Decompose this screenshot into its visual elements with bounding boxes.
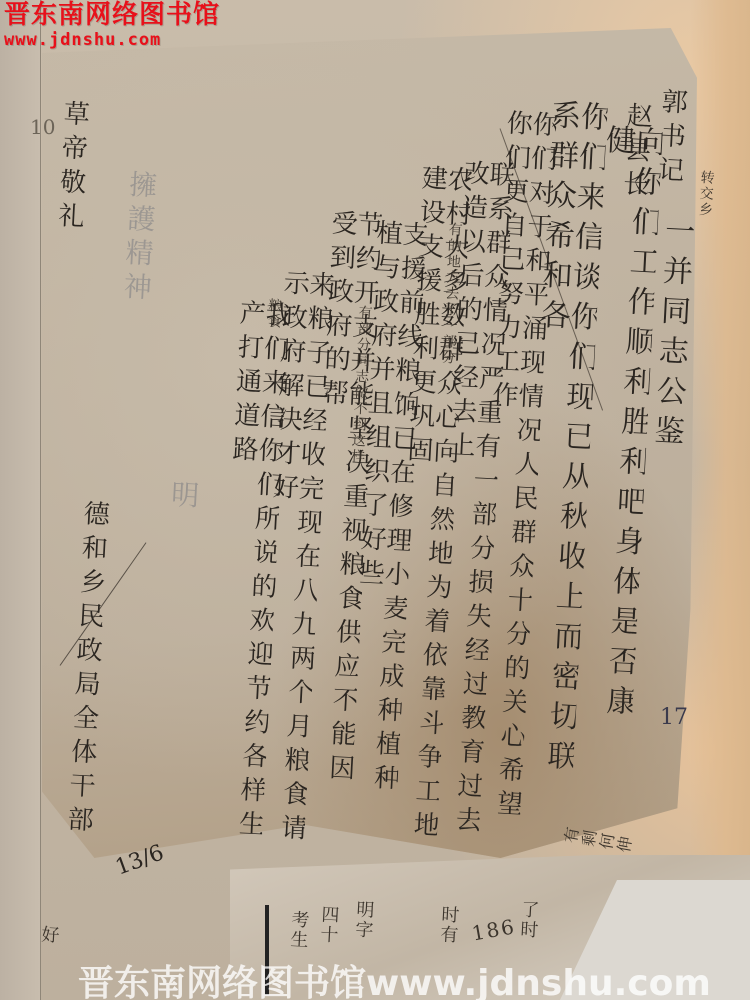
bleed-through-text: 明 bbox=[168, 479, 198, 514]
bottom-fragment: 明字 bbox=[353, 900, 373, 941]
watermark-title: 晋东南网络图书馆 bbox=[4, 2, 220, 28]
closing-salutation: 草帝敬礼 bbox=[55, 99, 88, 236]
left-fragment: 好 bbox=[39, 925, 58, 946]
bleed-through-text: 擁護精神 bbox=[121, 169, 156, 306]
bottom-fragment: 考生 bbox=[288, 910, 308, 951]
watermark-bottom: 晋东南网络图书馆www.jdnshu.com bbox=[78, 955, 711, 1000]
underlying-sheet-left bbox=[0, 0, 41, 1000]
bottom-fragment: 了时 bbox=[518, 900, 538, 941]
margin-mark: 10 bbox=[30, 115, 55, 139]
watermark-top: 晋东南网络图书馆 www.jdnshu.com bbox=[4, 2, 220, 49]
bottom-fragment: 四十 bbox=[318, 905, 338, 946]
underlying-sheet-right bbox=[690, 0, 750, 1000]
page-number: 17 bbox=[660, 705, 688, 730]
bottom-fragment: 时有 bbox=[438, 905, 458, 946]
watermark-url: www.jdnshu.com bbox=[4, 32, 220, 49]
interlinear-note-1: 粮食 bbox=[266, 298, 282, 331]
addressee-note: 转交乡 bbox=[697, 170, 713, 219]
